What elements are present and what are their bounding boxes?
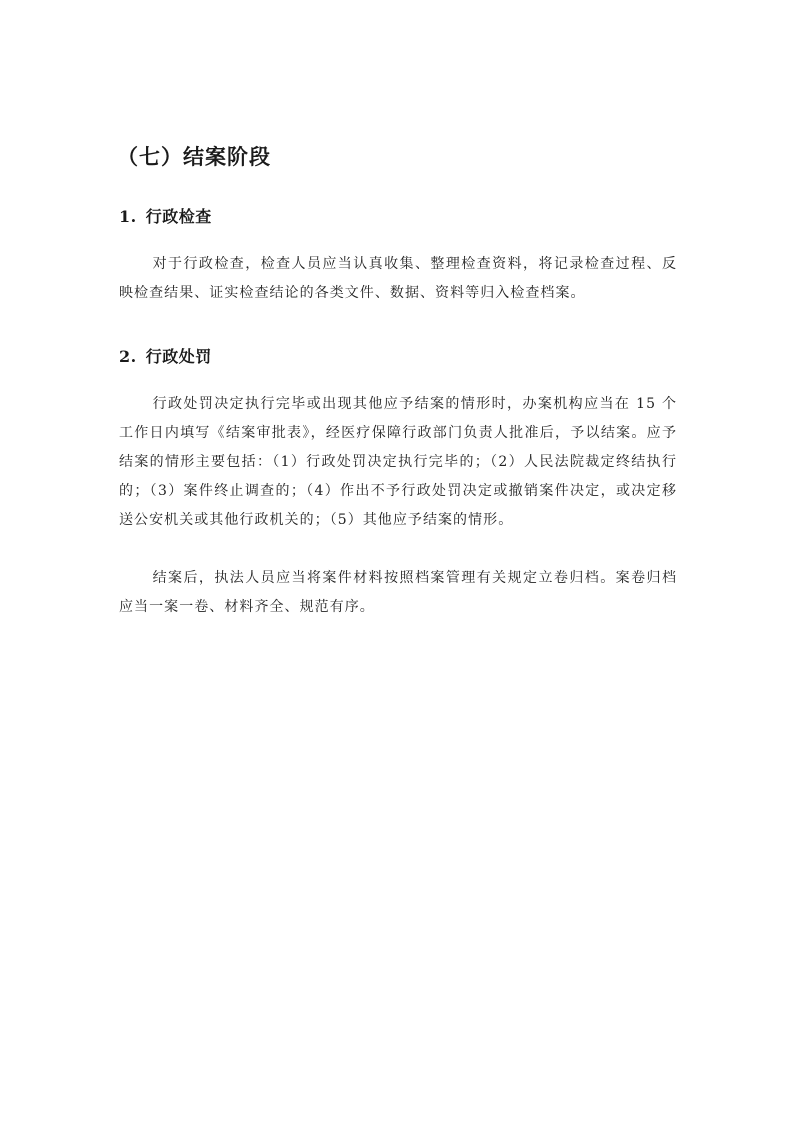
- section-title: （七）结案阶段: [117, 142, 271, 172]
- subsection-title-text: 行政检查: [146, 207, 212, 226]
- paragraph-case-filing: 结案后，执法人员应当将案件材料按照档案管理有关规定立卷归档。案卷归档应当一案一卷…: [119, 564, 677, 622]
- paragraph-inspection-archiving: 对于行政检查，检查人员应当认真收集、整理检查资料，将记录检查过程、反映检查结果、…: [119, 250, 677, 308]
- subsection-title-text: 行政处罚: [146, 347, 212, 366]
- subsection-title-administrative-penalty: 2.行政处罚: [119, 345, 212, 369]
- subsection-number: 1.: [119, 207, 137, 226]
- paragraph-case-closing-conditions: 行政处罚决定执行完毕或出现其他应予结案的情形时，办案机构应当在 15 个工作日内…: [119, 390, 677, 535]
- subsection-number: 2.: [119, 347, 137, 366]
- subsection-title-administrative-inspection: 1.行政检查: [119, 205, 212, 229]
- document-page: （七）结案阶段 1.行政检查 对于行政检查，检查人员应当认真收集、整理检查资料，…: [0, 0, 793, 1122]
